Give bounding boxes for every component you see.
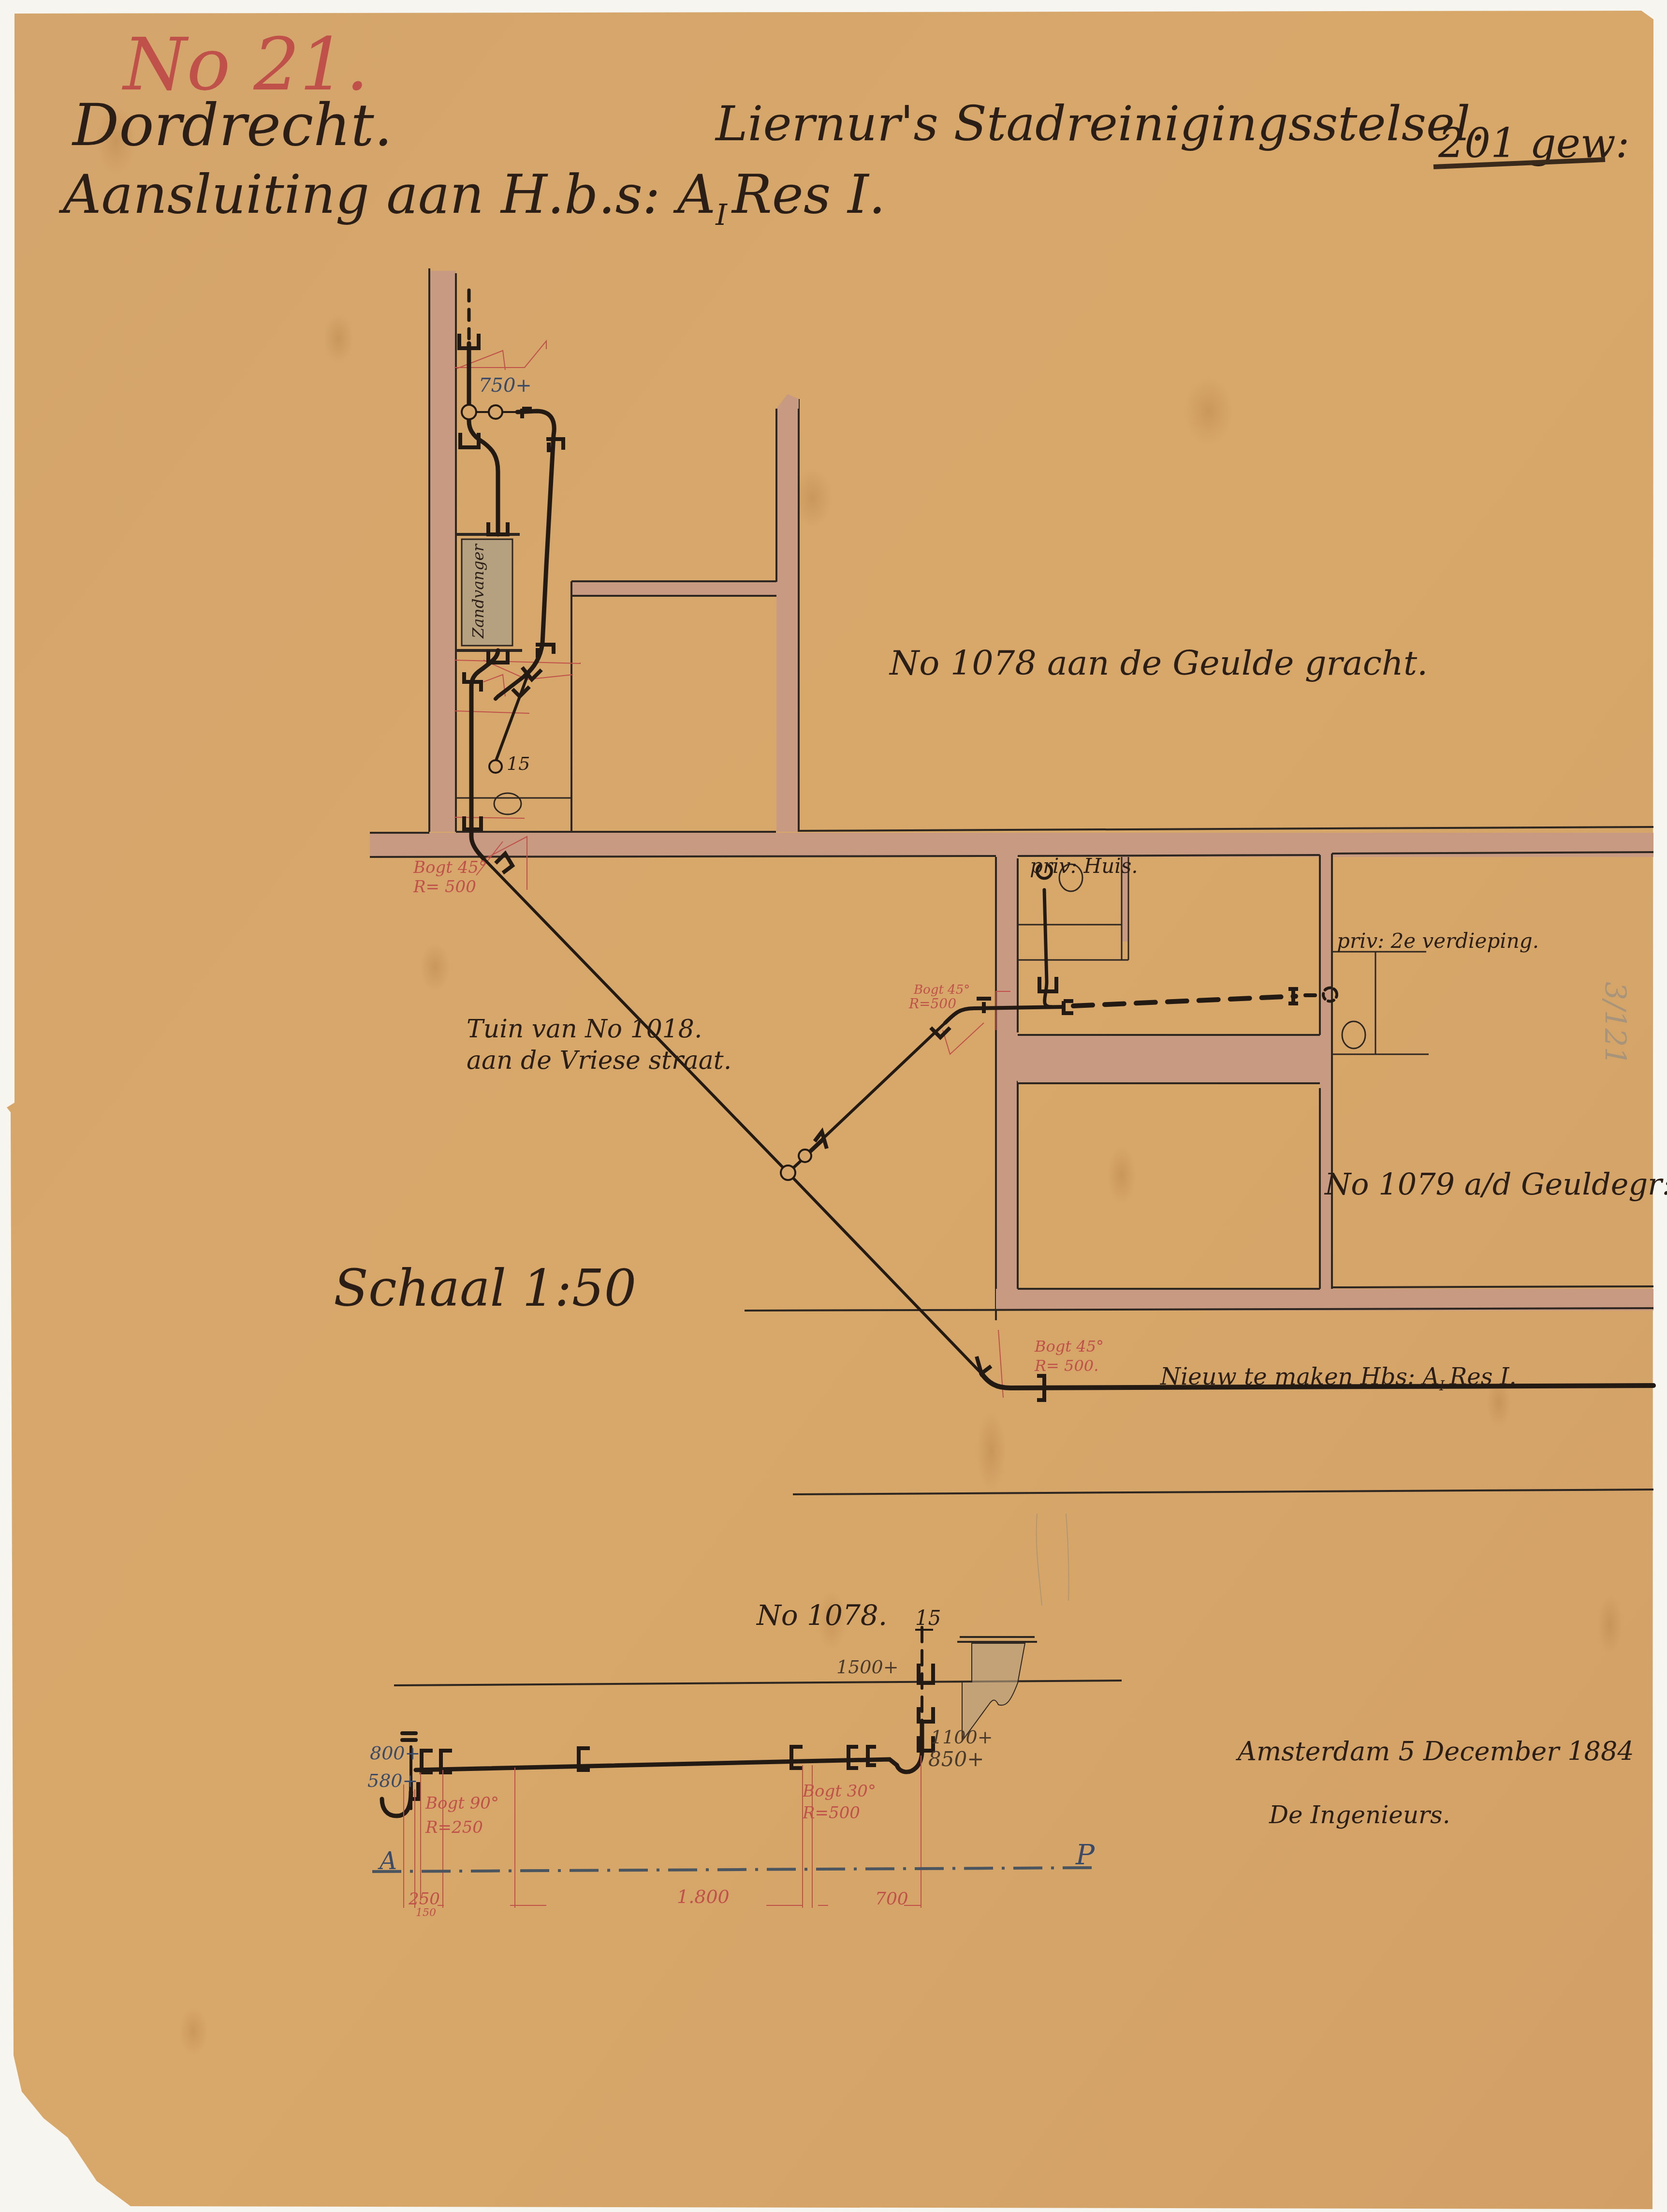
bend-top-annotation-1: Bogt 45° — [413, 858, 487, 877]
scale-label: Schaal 1:50 — [334, 1259, 636, 1318]
axis-start-label: A — [378, 1847, 397, 1875]
bend-low-annotation-2: R= 500. — [1034, 1357, 1098, 1375]
date-line: Amsterdam 5 December 1884 — [1235, 1736, 1634, 1767]
axis-end-label: P — [1075, 1838, 1095, 1871]
subtitle-tail: Res I. — [731, 163, 886, 225]
garden-label-line2: aan de Vriese straat. — [467, 1046, 731, 1075]
bend30-annotation-2: R=500 — [802, 1803, 860, 1823]
bend90-annotation-1: Bogt 90° — [425, 1794, 499, 1813]
bend30-annotation-1: Bogt 30° — [802, 1782, 876, 1801]
level-1500-label: 1500+ — [836, 1656, 899, 1678]
dim-700-label: 700 — [875, 1889, 908, 1909]
level-850-label: 850+ — [928, 1747, 984, 1771]
level-580-label: 580+ — [367, 1770, 418, 1791]
level-1100-label: 1100+ — [931, 1726, 993, 1748]
section-riser-label: 15 — [915, 1606, 941, 1630]
subtitle-sub: I — [715, 198, 728, 232]
subtitle: Aansluiting aan H.b.s: AIRes I. — [58, 163, 886, 232]
bend-mid-annotation-1: Bogt 45° — [913, 983, 970, 997]
house-1078-label: No 1078 aan de Geulde gracht. — [889, 643, 1428, 683]
bend-mid-annotation-2: R=500 — [908, 996, 956, 1012]
garden-label-line1: Tuin van No 1018. — [467, 1015, 702, 1044]
new-main-tail: Res I. — [1449, 1363, 1517, 1390]
technical-drawing: No 21. Dordrecht. Aansluiting aan H.b.s:… — [0, 0, 1667, 2212]
level-750-label: 750+ — [479, 374, 532, 397]
paper-background — [7, 11, 1653, 2209]
priv-huis-label: priv: Huis. — [1030, 854, 1138, 878]
house-1079-label: No 1079 a/d Geuldegr: — [1324, 1166, 1667, 1202]
subtitle-main: Aansluiting aan H.b.s: A — [58, 163, 716, 225]
dim-250-label: 250 — [408, 1889, 440, 1909]
zandvanger-label: Zandvanger — [469, 543, 487, 639]
margin-pencil-note: 3/121 — [1598, 982, 1632, 1065]
city-title: Dordrecht. — [72, 92, 393, 159]
zandvanger-box: Zandvanger — [457, 534, 522, 650]
new-main-label: Nieuw te maken Hbs: AIRes I. — [1160, 1363, 1517, 1394]
drawing-sheet: No 21. Dordrecht. Aansluiting aan H.b.s:… — [0, 0, 1667, 2212]
dim-1800-label: 1.800 — [677, 1886, 730, 1907]
signature: De Ingenieurs. — [1269, 1801, 1450, 1829]
bend-low-annotation-1: Bogt 45° — [1034, 1337, 1104, 1356]
new-main-text: Nieuw te maken Hbs: A — [1160, 1363, 1439, 1390]
new-main-sub: I — [1439, 1378, 1445, 1394]
dim-150-label: 150 — [416, 1907, 436, 1919]
level-800-label: 800+ — [370, 1742, 420, 1764]
bend90-annotation-2: R=250 — [425, 1818, 483, 1837]
bend-top-annotation-2: R= 500 — [413, 877, 476, 897]
priv-2e-verdieping-label: priv: 2e verdieping. — [1337, 929, 1539, 953]
section-title: No 1078. — [756, 1599, 887, 1632]
riser-15-label: 15 — [507, 753, 530, 774]
system-title: Liernur's Stadreinigingsstelsel. — [715, 95, 1486, 152]
